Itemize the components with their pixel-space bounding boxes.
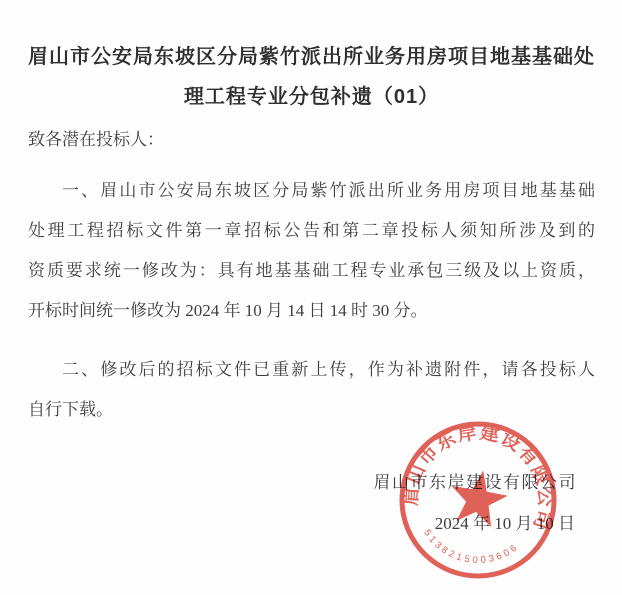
paragraph-1-line-2: 处理工程招标文件第一章招标公告和第二章投标人须知所涉及到的: [28, 211, 595, 251]
paragraph-1: 一、眉山市公安局东坡区分局紫竹派出所业务用房项目地基基础 处理工程招标文件第一章…: [28, 171, 595, 331]
paragraph-2: 二、修改后的招标文件已重新上传，作为补遗附件，请各投标人 自行下载。: [28, 350, 595, 430]
salutation: 致各潜在投标人：: [28, 120, 595, 160]
seal-ring: [390, 412, 566, 588]
title-line-1: 眉山市公安局东坡区分局紫竹派出所业务用房项目地基基础处: [28, 37, 595, 77]
seal-star-icon: [446, 466, 512, 529]
signature-date: 2024 年 10 月 10 日: [435, 504, 575, 544]
seal-number: 5138215003606: [417, 526, 521, 573]
document-page: 眉山市公安局东坡区分局紫竹派出所业务用房项目地基基础处 理工程专业分包补遗（01…: [0, 0, 622, 595]
paragraph-2-line-1: 二、修改后的招标文件已重新上传，作为补遗附件，请各投标人: [28, 350, 595, 390]
svg-text:5138215003606: 5138215003606: [417, 526, 521, 573]
paragraph-1-line-3: 资质要求统一修改为：具有地基基础工程专业承包三级及以上资质，: [28, 251, 595, 291]
document-title: 眉山市公安局东坡区分局紫竹派出所业务用房项目地基基础处 理工程专业分包补遗（01…: [28, 0, 595, 117]
title-line-2: 理工程专业分包补遗（01）: [28, 77, 595, 117]
signature-company-name: 眉山市东岸建设有限公司: [374, 463, 578, 503]
paragraph-1-line-4: 开标时间统一修改为 2024 年 10 月 14 日 14 时 30 分。: [28, 291, 595, 331]
document-body: 眉山市公安局东坡区分局紫竹派出所业务用房项目地基基础处 理工程专业分包补遗（01…: [0, 0, 622, 430]
paragraph-2-line-2: 自行下载。: [28, 390, 595, 430]
paragraph-1-line-1: 一、眉山市公安局东坡区分局紫竹派出所业务用房项目地基基础: [28, 171, 595, 211]
company-seal: 眉山市东岸建设有限公司 5138215003606: [380, 402, 577, 595]
